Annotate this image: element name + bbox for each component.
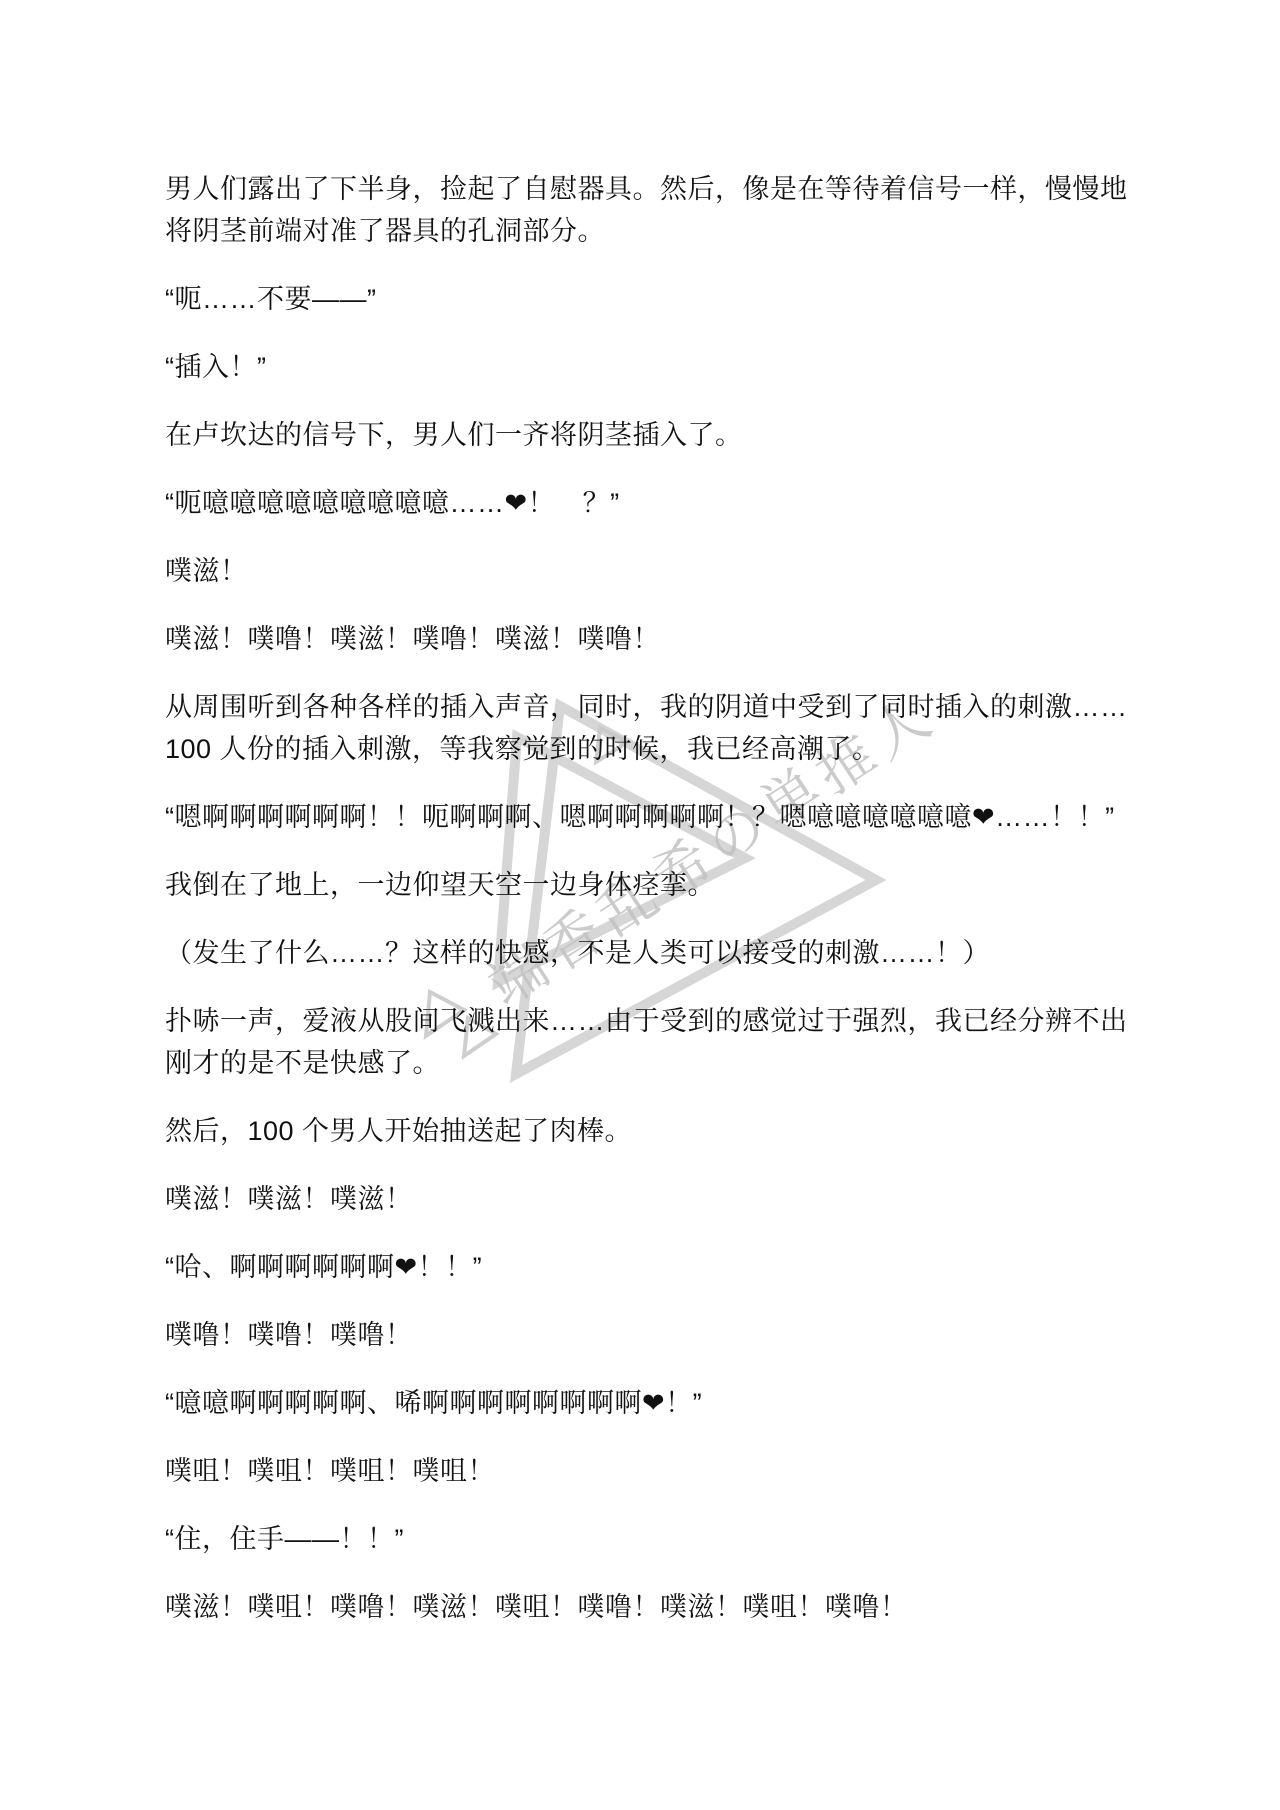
narration-paragraph: 扑哧一声，爱液从股间飞溅出来……由于受到的感觉过于强烈，我已经分辨不出 刚才的是… xyxy=(165,1000,1165,1084)
dialogue-line: “噫噫啊啊啊啊啊、唏啊啊啊啊啊啊啊啊❤！” xyxy=(165,1382,1165,1424)
sfx-line: 噗滋！噗咀！噗噜！噗滋！噗咀！噗噜！噗滋！噗咀！噗噜！ xyxy=(165,1586,1165,1628)
document-page: 端香乱希の単推人 男人们露出了下半身，捡起了自慰器具。然后，像是在等待着信号一样… xyxy=(0,0,1280,1810)
narration-paragraph: 在卢坎达的信号下，男人们一齐将阴茎插入了。 xyxy=(165,414,1165,456)
narration-paragraph: 男人们露出了下半身，捡起了自慰器具。然后，像是在等待着信号一样，慢慢地 将阴茎前… xyxy=(165,168,1165,252)
narration-paragraph: 我倒在了地上，一边仰望天空一边身体痉挛。 xyxy=(165,864,1165,906)
sfx-line: 噗滋！ xyxy=(165,550,1165,592)
story-text: 男人们露出了下半身，捡起了自慰器具。然后，像是在等待着信号一样，慢慢地 将阴茎前… xyxy=(165,168,1165,1654)
narration-paragraph: 从周围听到各种各样的插入声音，同时，我的阴道中受到了同时插入的刺激…… 100 … xyxy=(165,686,1165,770)
dialogue-line: “呃……不要——” xyxy=(165,278,1165,320)
dialogue-line: “嗯啊啊啊啊啊啊！！呃啊啊啊、嗯啊啊啊啊啊！？嗯噫噫噫噫噫噫❤……！！” xyxy=(165,796,1165,838)
sfx-line: 噗滋！噗滋！噗滋！ xyxy=(165,1178,1165,1220)
narration-paragraph: 然后，100 个男人开始抽送起了肉棒。 xyxy=(165,1110,1165,1152)
dialogue-line: “插入！” xyxy=(165,346,1165,388)
dialogue-line: “呃噫噫噫噫噫噫噫噫噫……❤！ ？” xyxy=(165,482,1165,524)
sfx-line: 噗咀！噗咀！噗咀！噗咀！ xyxy=(165,1450,1165,1492)
sfx-line: 噗滋！噗噜！噗滋！噗噜！噗滋！噗噜！ xyxy=(165,618,1165,660)
dialogue-line: “住，住手——！！” xyxy=(165,1518,1165,1560)
dialogue-line: “哈、啊啊啊啊啊啊❤！！” xyxy=(165,1246,1165,1288)
thought-line: （发生了什么……？这样的快感，不是人类可以接受的刺激……！） xyxy=(165,932,1165,974)
sfx-line: 噗噜！噗噜！噗噜！ xyxy=(165,1314,1165,1356)
